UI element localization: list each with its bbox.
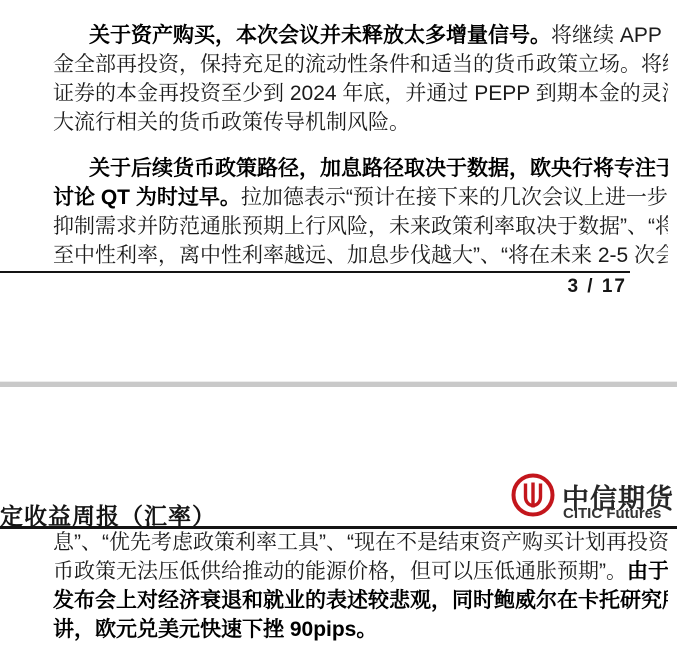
page4-paragraph-continued: 息”、“优先考虑政策利率工具”、“现在不是结束资产购买计划再投资的时候”、“货 … — [53, 528, 668, 644]
bold-text: 讨论 QT 为时过早。 — [53, 186, 241, 209]
citic-futures-logo: 中信期货 CITIC Futures — [511, 471, 677, 523]
bold-text: 讲，欧元兑美元快速下挫 90pips。 — [53, 618, 377, 641]
body-text: 拉加德表示“预计在接下来的几次会议上进一步上调利率以 — [241, 186, 668, 209]
body-text: 币政策无法压低供给推动的能源价格，但可以压低通胀预期”。 — [53, 560, 627, 583]
text-line: 大流行相关的货币政策传导机制风险。 — [53, 108, 668, 137]
bold-text: 关于后续货币政策路径，加息路径取决于数据，欧央行将专注于利率工具， — [89, 157, 668, 180]
bold-text: 关于资产购买，本次会议并未释放太多增量信号。 — [89, 24, 551, 47]
text-line: 金全部再投资，保持充足的流动性条件和适当的货币政策立场。将继续 PEPP 到期 — [53, 50, 668, 79]
page3-paragraph-policy-path: 关于后续货币政策路径，加息路径取决于数据，欧央行将专注于利率工具， 讨论 QT … — [53, 154, 668, 270]
logo-english-name: CITIC Futures — [563, 505, 661, 522]
text-line: 至中性利率，离中性利率越远、加息步伐越大”、“将在未来 2-5 次会议上继续加 — [53, 241, 668, 270]
text-line: 息”、“优先考虑政策利率工具”、“现在不是结束资产购买计划再投资的时候”、“货 — [53, 528, 668, 557]
text-line: 发布会上对经济衰退和就业的表述较悲观，同时鲍威尔在卡托研究所发表鹰派演 — [53, 586, 668, 615]
page-break-divider — [0, 381, 677, 387]
page-number: 3 / 17 — [567, 276, 627, 298]
text-line: 讨论 QT 为时过早。拉加德表示“预计在接下来的几次会议上进一步上调利率以 — [53, 183, 668, 212]
text-line: 关于后续货币政策路径，加息路径取决于数据，欧央行将专注于利率工具， — [53, 154, 668, 183]
page3-paragraph-asset-purchase: 关于资产购买，本次会议并未释放太多增量信号。将继续 APP 到期证券的本 金全部… — [53, 21, 668, 137]
text-line: 币政策无法压低供给推动的能源价格，但可以压低通胀预期”。由于拉加德在新闻 — [53, 557, 668, 586]
page3-footer-rule — [0, 271, 630, 273]
text-line: 讲，欧元兑美元快速下挫 90pips。 — [53, 615, 668, 644]
text-line: 抑制需求并防范通胀预期上行风险，未来政策利率取决于数据”、“将进一步加息 — [53, 212, 668, 241]
citic-emblem-icon — [511, 473, 555, 517]
bold-text: 由于拉加德在新闻 — [627, 560, 668, 583]
text-line: 关于资产购买，本次会议并未释放太多增量信号。将继续 APP 到期证券的本 — [53, 21, 668, 50]
body-text: 将继续 APP 到期证券的本 — [551, 24, 668, 47]
pdf-document-view: { "colors": { "logo_red": "#c3161c", "te… — [0, 0, 677, 651]
bold-text: 发布会上对经济衰退和就业的表述较悲观，同时鲍威尔在卡托研究所发表鹰派演 — [53, 589, 668, 612]
text-line: 证券的本金再投资至少到 2024 年底，并通过 PEPP 到期本金的灵活再投资应… — [53, 79, 668, 108]
